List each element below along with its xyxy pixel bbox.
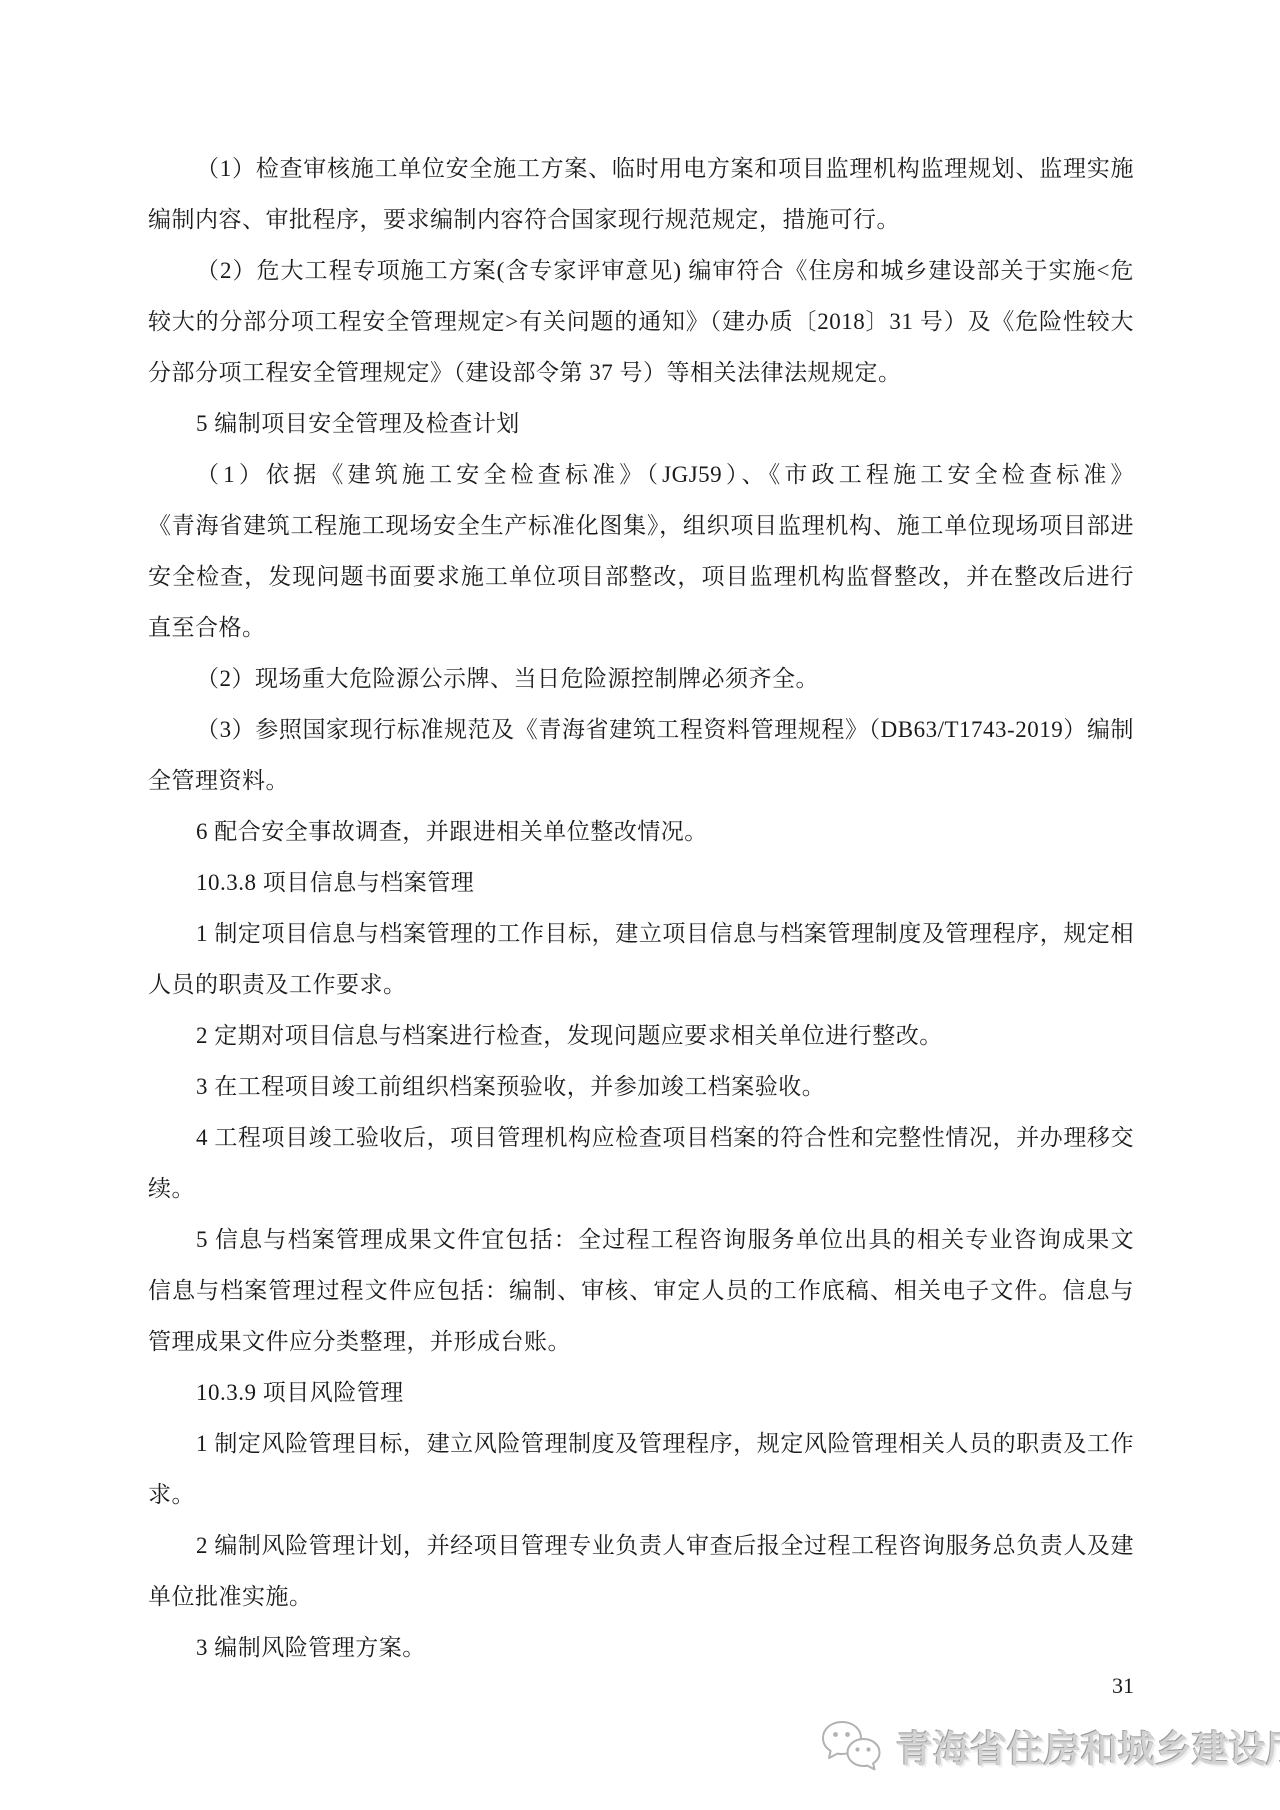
document-line: 求。 (148, 1469, 1134, 1520)
document-line: （1）检查审核施工单位安全施工方案、临时用电方案和项目监理机构监理规划、监理实施… (148, 143, 1134, 194)
document-line: 编制内容、审批程序，要求编制内容符合国家现行规范规定，措施可行。 (148, 194, 1134, 245)
document-line: 信息与档案管理过程文件应包括：编制、审核、审定人员的工作底稿、相关电子文件。信息… (148, 1265, 1134, 1316)
document-line: （3）参照国家现行标准规范及《青海省建筑工程资料管理规程》（DB63/T1743… (148, 704, 1134, 755)
document-line: 续。 (148, 1163, 1134, 1214)
document-line: 单位批准实施。 (148, 1571, 1134, 1622)
document-line: （1）依据《建筑施工安全检查标准》（JGJ59）、《市政工程施工安全检查标准》（… (148, 449, 1134, 500)
document-line: 管理成果文件应分类整理，并形成台账。 (148, 1316, 1134, 1367)
document-line: 3 在工程项目竣工前组织档案预验收，并参加竣工档案验收。 (148, 1061, 1134, 1112)
document-line: 《青海省建筑工程施工现场安全生产标准化图集》，组织项目监理机构、施工单位现场项目… (148, 500, 1134, 551)
document-line: 安全检查，发现问题书面要求施工单位项目部整改，项目监理机构监督整改，并在整改后进… (148, 551, 1134, 602)
document-line: 10.3.8 项目信息与档案管理 (148, 857, 1134, 908)
document-line: 10.3.9 项目风险管理 (148, 1367, 1134, 1418)
document-body: （1）检查审核施工单位安全施工方案、临时用电方案和项目监理机构监理规划、监理实施… (148, 143, 1134, 1673)
document-line: 全管理资料。 (148, 755, 1134, 806)
document-line: 直至合格。 (148, 602, 1134, 653)
document-line: 分部分项工程安全管理规定》（建设部令第 37 号）等相关法律法规规定。 (148, 347, 1134, 398)
document-line: 1 制定风险管理目标，建立风险管理制度及管理程序，规定风险管理相关人员的职责及工… (148, 1418, 1134, 1469)
document-line: 2 编制风险管理计划，并经项目管理专业负责人审查后报全过程工程咨询服务总负责人及… (148, 1520, 1134, 1571)
document-line: 6 配合安全事故调查，并跟进相关单位整改情况。 (148, 806, 1134, 857)
document-page: （1）检查审核施工单位安全施工方案、临时用电方案和项目监理机构监理规划、监理实施… (0, 0, 1280, 1810)
document-line: 4 工程项目竣工验收后，项目管理机构应检查项目档案的符合性和完整性情况，并办理移… (148, 1112, 1134, 1163)
document-line: （2）危大工程专项施工方案(含专家评审意见) 编审符合《住房和城乡建设部关于实施… (148, 245, 1134, 296)
document-line: 2 定期对项目信息与档案进行检查，发现问题应要求相关单位进行整改。 (148, 1010, 1134, 1061)
document-line: （2）现场重大危险源公示牌、当日危险源控制牌必须齐全。 (148, 653, 1134, 704)
document-line: 5 编制项目安全管理及检查计划 (148, 398, 1134, 449)
document-line: 1 制定项目信息与档案管理的工作目标，建立项目信息与档案管理制度及管理程序，规定… (148, 908, 1134, 959)
document-line: 5 信息与档案管理成果文件宜包括：全过程工程咨询服务单位出具的相关专业咨询成果文… (148, 1214, 1134, 1265)
document-line: 3 编制风险管理方案。 (148, 1622, 1134, 1673)
footer-watermark: 青海省住房和城乡建设厅 (816, 1718, 1280, 1780)
wechat-icon (816, 1718, 888, 1780)
document-line: 较大的分部分项工程安全管理规定>有关问题的通知》（建办质〔2018〕31 号）及… (148, 296, 1134, 347)
document-line: 人员的职责及工作要求。 (148, 959, 1134, 1010)
page-number: 31 (1112, 1672, 1134, 1700)
footer-watermark-text: 青海省住房和城乡建设厅 (896, 1731, 1280, 1768)
